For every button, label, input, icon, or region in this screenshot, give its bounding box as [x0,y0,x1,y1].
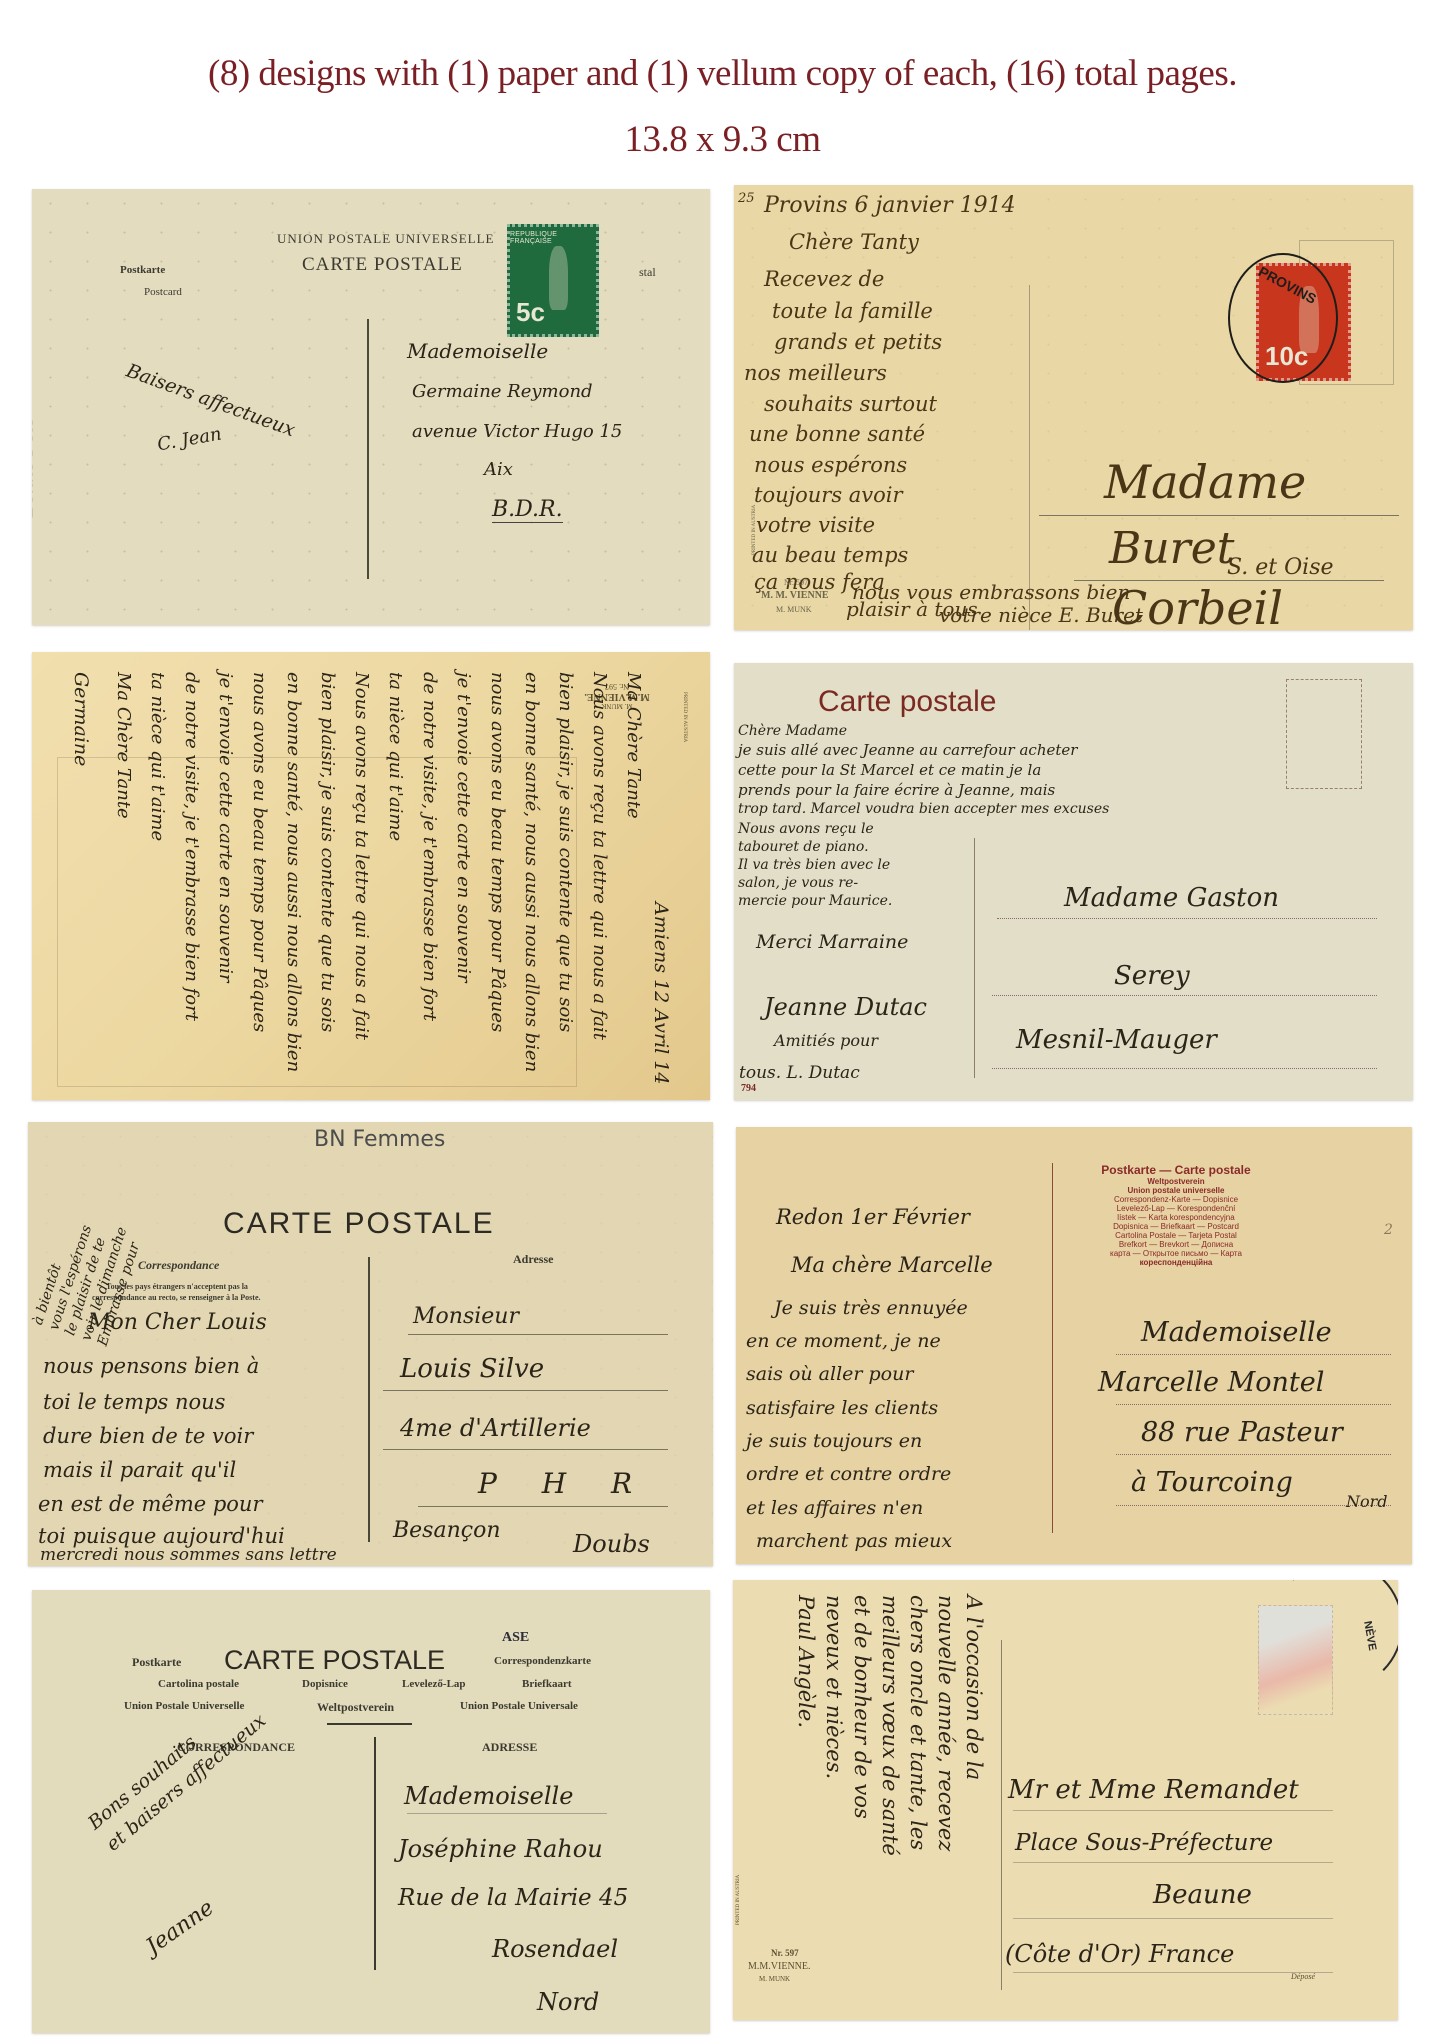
address-dept-visible: S. et Oise [1227,555,1334,580]
message-line: bien plaisir, je suis contente que tu so… [317,672,338,1032]
publisher-number: Nr. 597 [784,578,808,587]
address-line: Mademoiselle [407,339,548,363]
corner-mark: 2 [1384,1222,1393,1238]
message-line: Il va très bien avec le [738,857,890,873]
address-line: Besançon [393,1518,501,1543]
address-line: avenue Victor Hugo 15 [412,421,622,442]
carte-postale-title: Carte postale [818,685,996,719]
message-line: Ma Chère Tante [623,672,644,819]
message-line: je t'envoie cette carte en souvenir [215,672,236,983]
message-line: toi le temps nous [43,1390,225,1414]
carte-postale-title: CARTE POSTALE [223,1207,495,1241]
message-line: souhaits surtout [764,392,937,416]
message-line: tabouret de piano. [738,839,869,855]
message-line: mais il parait qu'il [43,1458,236,1482]
address-rule [1116,1404,1391,1405]
address-line: à Tourcoing [1131,1467,1293,1498]
carte-postale-title: CARTE POSTALE [224,1645,445,1676]
address-rule [1013,1810,1333,1811]
center-divider [368,1257,370,1542]
address-line: Rue de la Mairie 45 [398,1885,628,1911]
postcard-4: Carte postale Chère Madame je suis allé … [734,663,1413,1100]
message-line: Amitiés pour [774,1031,878,1050]
page-heading: (8) designs with (1) paper and (1) vellu… [0,52,1445,95]
message-line: Je suis très ennuyée [774,1297,968,1319]
address-line: Place Sous-Préfecture [1015,1830,1273,1856]
message-line: trop tard. Marcel voudra bien accepter m… [738,801,1109,817]
weltpost-label: Weltpostverein [317,1700,394,1715]
message-line: au beau temps [752,543,908,567]
message-line: Merci Marraine [756,931,908,953]
message-signature: Jeanne [142,1895,219,1959]
message-line: tous. L. Dutac [739,1063,860,1083]
address-rule [1013,1862,1333,1863]
card-number: 794 [741,1083,756,1094]
address-line: Nord [1346,1492,1388,1511]
address-line: Aix [484,459,513,480]
green-stamp-icon: REPUBLIQUE FRANÇAISE 5c [507,224,599,337]
center-divider [1052,1163,1053,1533]
address-rule [992,1068,1377,1069]
center-divider [374,1737,376,1970]
message-line: votre visite [756,513,875,537]
union-postale-label: UNION POSTALE UNIVERSELLE [277,231,495,247]
pencil-note: BN Femmes [314,1127,445,1152]
address-line: Madame [1104,455,1306,509]
header-rule [327,1723,412,1725]
center-divider [1001,1640,1002,1990]
message-line: en est de même pour [38,1492,263,1516]
address-line: 88 rue Pasteur [1141,1417,1343,1448]
message-line: nous espérons [754,453,907,477]
postcard-6: Postkarte — Carte postale Weltpostverein… [736,1127,1412,1564]
publisher-sub: M. MUNK [776,605,812,614]
address-rule [1039,515,1399,516]
message-line: en ce moment, je ne [746,1330,941,1352]
address-line: (Côte d'Or) France [1005,1940,1234,1968]
dopisnice-label: Dopisnice [302,1678,348,1690]
message-line: mercie pour Maurice. [738,893,892,909]
address-line: Mesnil-Mauger [1016,1025,1217,1055]
message-line: je suis toujours en [746,1430,922,1452]
address-rule [407,1813,607,1814]
address-rule [992,995,1377,996]
message-line: en bonne santé, nous aussi nous allons b… [521,672,542,1072]
upside-down-publisher: M. MUNK M.M.VIENNE. Nr. 597 [572,682,662,710]
address-line: Nord [537,1988,599,2016]
postkarte-label: Postkarte [132,1655,181,1670]
side-print: PRINTED IN AUSTRIA [752,505,757,555]
message-line: une bonne santé [749,422,925,446]
stamp-mark: ASE [502,1630,529,1646]
message-line: nous avons eu beau temps pour Pâques [249,672,270,1032]
address-line: Buret [1109,523,1234,574]
message-line: Provins 6 janvier 1914 [764,193,1016,218]
center-divider [1029,285,1030,630]
postcard-8: A l'occasion de la nouvelle année, recev… [733,1580,1398,2020]
adresse-label: ADRESSE [482,1740,537,1755]
message-line: en bonne santé, nous aussi nous allons b… [283,672,304,1072]
postcard-label: Postcard [144,286,182,298]
message-line: sais où aller pour [746,1363,913,1385]
message-line: prends pour la faire écrire à Jeanne, ma… [738,781,1055,799]
address-line: Mr et Mme Remandet [1008,1775,1299,1805]
postcard-2: 25 Provins 6 janvier 1914 Chère Tanty Re… [734,185,1413,630]
address-line: Beaune [1153,1880,1252,1910]
publisher-number: Nr. 597 [771,1948,799,1958]
carte-postale-title: CARTE POSTALE [302,254,463,276]
side-print: PRINTED IN AUSTRIA [736,1875,741,1925]
address-line: Serey [1114,961,1190,991]
address-rule [1116,1454,1391,1455]
address-line: P H R [478,1467,650,1500]
publisher-name: M.M.VIENNE. [748,1961,811,1972]
message-line: Chère Tanty [789,230,919,254]
message-line: je t'envoie cette carte en souvenir [453,672,474,983]
address-line: Doubs [573,1530,650,1558]
address-rule [418,1506,668,1507]
message-line: dure bien de te voir [43,1424,253,1448]
message-line: grands et petits [774,330,942,354]
address-line: Monsieur [413,1304,519,1329]
adresse-label: Adresse [513,1252,553,1267]
address-line: Rosendael [492,1935,618,1963]
message-line: Mon Cher Louis [88,1310,267,1335]
message-line: satisfaire les clients [746,1397,938,1419]
depose-label: Déposé [1291,1972,1315,1981]
message-line: Ma chère Marcelle [791,1253,993,1277]
message-line: marchent pas mieux [756,1530,952,1552]
message-date: Amiens 12 Avril 14 [650,902,672,1084]
address-line: Louis Silve [400,1354,544,1384]
closing-line: nous vous embrassons bien [852,580,1130,604]
message-signature: C. Jean [156,424,223,456]
address-line: Joséphine Rahou [398,1835,603,1863]
message-line: je suis allé avec Jeanne au carrefour ac… [738,741,1077,759]
message-line: toute la famille [772,299,933,323]
message-line: Nous avons reçu ta lettre qui nous a fai… [351,672,372,1040]
address-line: Marcelle Montel [1098,1367,1324,1398]
correspondenzkarte-label: Correspondenzkarte [494,1655,591,1667]
address-rule [408,1334,668,1335]
message-line: mercredi nous sommes sans lettre [40,1545,337,1565]
address-line: Mademoiselle [1141,1317,1332,1348]
postkarte-label: Postkarte [120,264,165,276]
corner-mark: 25 [738,191,755,206]
publisher-name: M. M. VIENNE [761,590,829,601]
size-subheading: 13.8 x 9.3 cm [0,118,1445,161]
briefkaart-label: Briefkaart [522,1678,571,1690]
postal-fragment: stal [639,265,656,280]
address-line: Mademoiselle [404,1782,573,1810]
address-rule [383,1390,668,1391]
address-line: Madame Gaston [1064,883,1279,913]
message-line: et les affaires n'en [746,1497,923,1519]
message-line: Recevez de [764,267,884,291]
message-line: nos meilleurs [744,361,887,385]
postcard-5: BN Femmes CARTE POSTALE Correspondance A… [28,1122,713,1566]
rotated-message: A l'occasion de la nouvelle année, recev… [792,1595,988,2015]
multilingual-header: Postkarte — Carte postale Weltpostverein… [1081,1163,1271,1267]
address-rule [1013,1918,1333,1919]
message-line: Redon 1er Février [776,1205,970,1229]
levelezo-label: Levelező-Lap [402,1678,466,1690]
correspondance-label: Correspondance [138,1258,219,1273]
message-line: bien plaisir, je suis contente que tu so… [555,672,576,1032]
upu-it-label: Union Postale Universale [460,1700,578,1712]
message-line: de notre visite, je t'embrasse bien fort [181,672,202,1021]
message-line: ordre et contre ordre [746,1463,951,1485]
closing-signature: votre nièce E. Buret [939,603,1143,627]
side-print: PRINTED IN AUSTRIA [682,692,687,742]
postcard-1: UNION POSTALE UNIVERSELLE CARTE POSTALE … [32,189,710,625]
cartolina-label: Cartolina postale [158,1678,239,1690]
stamp-box [1286,679,1362,789]
message-signature: Germaine [70,672,92,766]
address-line: B.D.R. [492,497,563,523]
message-line: Chère Madame [738,723,847,739]
message-line: Nous avons reçu le [738,821,874,837]
address-rule [1013,1972,1333,1973]
center-divider [367,319,369,579]
address-rule [1116,1354,1391,1355]
address-rule [997,918,1377,919]
center-divider [974,838,975,1078]
message-line: nous avons eu beau temps pour Pâques [487,672,508,1032]
embossed-ornament: Bonne Fête [32,418,38,519]
message-line: Nous avons reçu ta lettre qui nous a fai… [589,672,610,1040]
address-rule [383,1449,668,1450]
message-line: Ma Chère Tante [113,672,134,819]
message-line: Jeanne Dutac [764,993,927,1021]
message-line: de notre visite, je t'embrasse bien fort [419,672,440,1021]
address-line: 4me d'Artillerie [400,1414,591,1442]
address-line: Germaine Reymond [412,381,593,402]
message-line: nous pensons bien à [43,1354,259,1378]
message-line: toujours avoir [754,483,903,507]
message-line: salon, je vous re- [738,875,858,891]
message-line: cette pour la St Marcel et ce matin je l… [738,761,1041,779]
postcard-7: Postkarte CARTE POSTALE ASE Corresponden… [32,1590,710,2033]
postcard-3: M. MUNK M.M.VIENNE. Nr. 597 PRINTED IN A… [32,652,710,1100]
message-line: ta nièce qui t'aime [385,672,406,841]
postmark-cancel-icon [1228,253,1338,383]
publisher-sub: M. MUNK [759,1975,790,1983]
message-line: ta nièce qui t'aime [147,672,168,841]
